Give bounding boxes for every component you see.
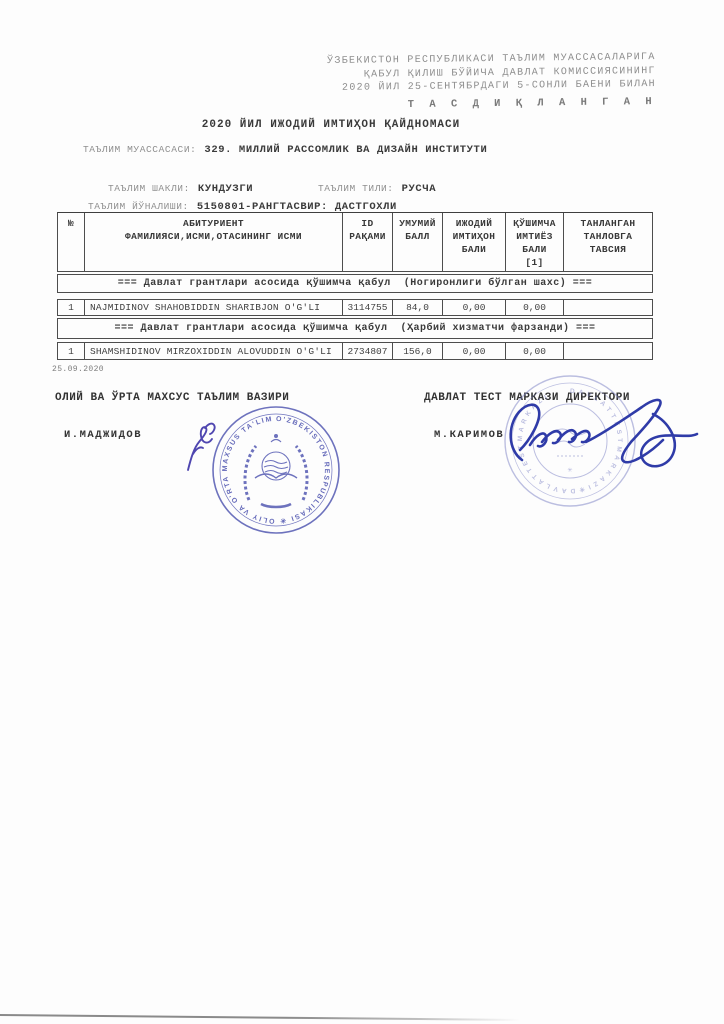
total-score: 156,0 — [393, 343, 443, 359]
col-header-applicant-name: АБИТУРИЕНТ ФАМИЛИЯСИ,ИСМИ,ОТАСИНИНГ ИСМИ — [85, 213, 343, 271]
creative-score: 0,00 — [443, 300, 506, 315]
col-header-number: № — [58, 213, 85, 271]
applicant-name: NAJMIDINOV SHAHOBIDDIN SHARIBJON O'G'LI — [85, 300, 343, 315]
education-form-label: ТАЪЛИМ ШАКЛИ: — [108, 183, 190, 194]
row-number: 1 — [58, 343, 85, 359]
col-header-creative-score: ИЖОДИЙ ИМТИҲОН БАЛИ — [443, 213, 506, 271]
applicant-id: 3114755 — [343, 300, 393, 315]
page-title: 2020 ЙИЛ ИЖОДИЙ ИМТИҲОН ҚАЙДНОМАСИ — [140, 119, 522, 131]
exam-results-table: № АБИТУРИЕНТ ФАМИЛИЯСИ,ИСМИ,ОТАСИНИНГ ИС… — [57, 212, 653, 360]
col-header-extra-score: ҚЎШИМЧА ИМТИЁЗ БАЛИ [1] — [506, 213, 564, 271]
education-form-row: ТАЪЛИМ ШАКЛИ:КУНДУЗГИ — [108, 178, 253, 196]
approval-line-3: 2020 ЙИЛ 25-СЕНТЯБРДАГИ 5-СОНЛИ БАЕНИ БИ… — [328, 78, 657, 96]
education-direction-label: ТАЪЛИМ ЙЎНАЛИШИ: — [88, 201, 189, 212]
extra-score: 0,00 — [506, 300, 564, 315]
extra-score: 0,00 — [506, 343, 564, 359]
institution-value: 329. МИЛЛИЙ РАССОМЛИК ВА ДИЗАЙН ИНСТИТУТ… — [204, 144, 487, 156]
row-number: 1 — [58, 300, 85, 315]
document-date: 25.09.2020 — [52, 365, 104, 374]
applicant-name: SHAMSHIDINOV MIRZOXIDDIN ALOVUDDIN O'G'L… — [85, 343, 343, 359]
col-header-total-score: УМУМИЙ БАЛЛ — [393, 213, 443, 271]
recommendation — [564, 343, 652, 359]
scanned-document-page: { "header": { "approval_lines": [ "ЎЗБЕК… — [0, 0, 724, 1024]
approved-stamp-word: Т А С Д И Қ Л А Н Г А Н — [328, 95, 657, 113]
table-row: 1 SHAMSHIDINOV MIRZOXIDDIN ALOVUDDIN O'G… — [57, 342, 653, 360]
director-signature — [498, 392, 713, 482]
table-header-row: № АБИТУРИЕНТ ФАМИЛИЯСИ,ИСМИ,ОТАСИНИНГ ИС… — [57, 212, 653, 272]
minister-signature — [175, 412, 235, 482]
applicant-id: 2734807 — [343, 343, 393, 359]
col-header-recommendation: ТАНЛАНГАН ТАНЛОВГА ТАВСИЯ — [564, 213, 652, 271]
director-name: М.КАРИМОВ — [434, 429, 504, 441]
scan-edge-artifact — [0, 1014, 520, 1021]
minister-name: И.МАДЖИДОВ — [64, 429, 142, 441]
col-header-id: ID РАҚАМИ — [343, 213, 393, 271]
approval-block: ЎЗБЕКИСТОН РЕСПУБЛИКАСИ ТАЪЛИМ МУАССАСАЛ… — [327, 51, 656, 113]
education-language-label: ТАЪЛИМ ТИЛИ: — [318, 183, 394, 194]
creative-score: 0,00 — [443, 343, 506, 359]
education-form-value: КУНДУЗГИ — [198, 183, 253, 195]
total-score: 84,0 — [393, 300, 443, 315]
recommendation — [564, 300, 652, 315]
institution-row: ТАЪЛИМ МУАССАСАСИ:329. МИЛЛИЙ РАССОМЛИК … — [83, 139, 487, 157]
table-row: 1 NAJMIDINOV SHAHOBIDDIN SHARIBJON O'G'L… — [57, 299, 653, 316]
education-language-row: ТАЪЛИМ ТИЛИ:РУСЧА — [318, 178, 436, 196]
section-heading-military: === Давлат грантлари асосида қўшимча қаб… — [57, 318, 653, 339]
education-language-value: РУСЧА — [402, 183, 437, 195]
institution-label: ТАЪЛИМ МУАССАСАСИ: — [83, 144, 196, 155]
section-heading-disability: === Давлат грантлари асосида қўшимча қаб… — [57, 274, 653, 293]
